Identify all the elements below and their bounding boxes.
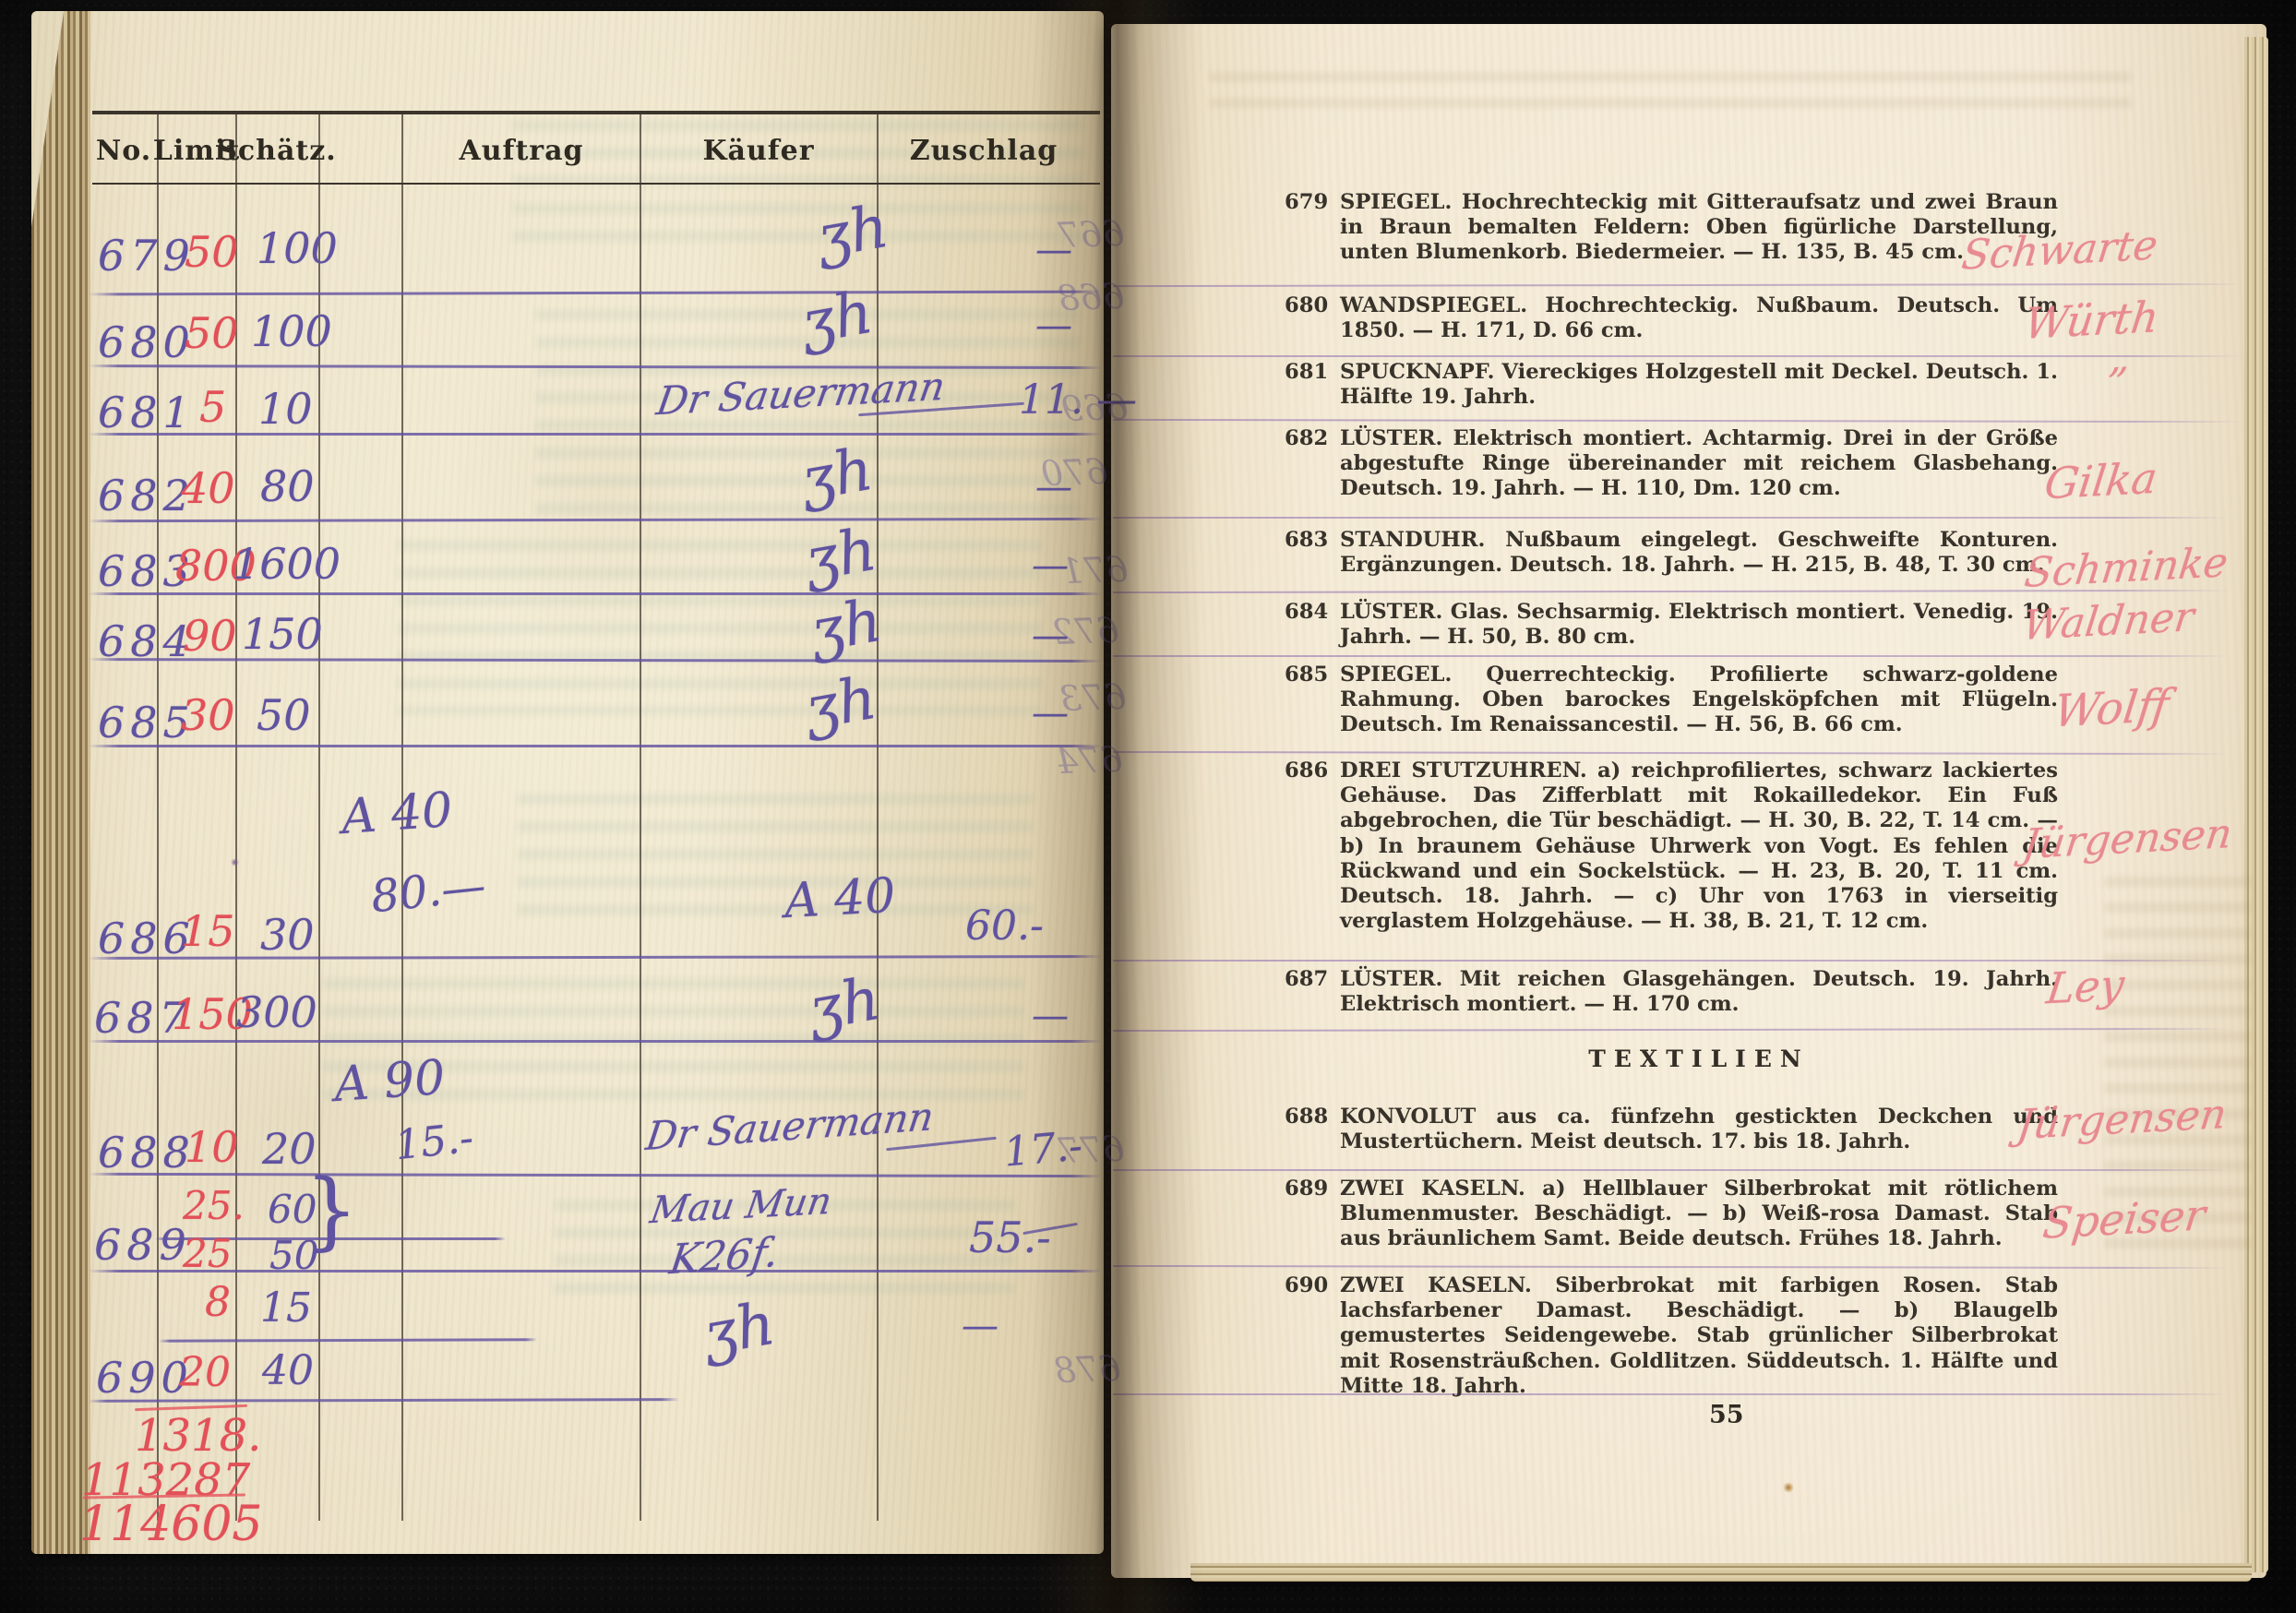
lot-number: 679 xyxy=(98,231,196,281)
catalog-entry: LÜSTER. Glas. Sechsarmig. Elektrisch mon… xyxy=(1340,600,2058,650)
limit-value: 10 xyxy=(185,1122,239,1172)
buyer-mark: ʒh xyxy=(795,436,878,515)
entry-number: 687 xyxy=(1285,967,1328,991)
lot-number: 680 xyxy=(98,317,196,367)
buyer-mark: ʒh xyxy=(811,193,893,272)
bleedthrough-text xyxy=(517,794,1034,923)
book-gutter-shadow xyxy=(1032,0,1203,1613)
limit-value: 30 xyxy=(181,690,235,740)
buyer-mark: ʒh xyxy=(803,965,885,1045)
auction-ledger-book-spread: No. Limit Schätz. Auftrag Käufer Zuschla… xyxy=(0,0,2296,1613)
paper-stain xyxy=(1783,1482,1794,1493)
row-underline xyxy=(89,745,1102,747)
bid-note: A 90 xyxy=(332,1050,447,1113)
entry-separator xyxy=(1113,517,2230,519)
catalog-entry: SPUCKNAPF. Viereckiges Holzgestell mit D… xyxy=(1340,360,2058,410)
estimate-value: 300 xyxy=(236,987,317,1037)
paper-stain xyxy=(231,858,239,866)
column-header-auftrag: Auftrag xyxy=(459,135,583,167)
estimate-value: 100 xyxy=(257,223,338,273)
limit-value: 25 xyxy=(183,1231,232,1276)
estimate-value: 40 xyxy=(262,1347,314,1394)
lot-number: 681 xyxy=(98,388,196,437)
page-edge-stack-right xyxy=(2244,37,2268,1572)
buyer-mark: ʒh xyxy=(799,516,881,595)
buyer-mark: ʒh xyxy=(795,279,878,358)
page-edge-stack-left xyxy=(31,11,90,1554)
bid-note: 15.- xyxy=(393,1115,476,1170)
entry-number: 685 xyxy=(1285,663,1328,687)
page-edge-stack-bottom xyxy=(1190,1563,2252,1582)
buyer-bid-note: A 40 xyxy=(783,868,897,929)
lot-number: 684 xyxy=(98,616,196,666)
catalog-entry: ZWEI KASELN. Siberbrokat mit farbigen Ro… xyxy=(1340,1273,2058,1399)
margin-buyer-name: Würth xyxy=(2022,292,2162,349)
estimate-value: 80 xyxy=(260,461,315,511)
estimate-value: 150 xyxy=(242,609,323,659)
limit-value: 40 xyxy=(181,463,235,513)
limit-value: 50 xyxy=(185,227,239,277)
bleedthrough-text xyxy=(1209,72,2132,114)
column-header-kaeufer: Käufer xyxy=(702,135,814,167)
lot-number: 689 xyxy=(94,1220,192,1270)
row-underline xyxy=(89,1040,1102,1043)
limit-value: 90 xyxy=(183,611,237,661)
entry-separator xyxy=(1113,960,2230,962)
bid-note: A 40 xyxy=(340,783,454,845)
table-header-rule xyxy=(92,183,1100,185)
entry-number: 683 xyxy=(1285,528,1328,552)
entry-number: 680 xyxy=(1285,293,1328,317)
estimate-value: 1600 xyxy=(233,539,341,589)
limit-value: 20 xyxy=(179,1349,231,1396)
estimate-value: 100 xyxy=(251,306,332,356)
entry-number: 684 xyxy=(1285,600,1328,624)
catalog-entry: ZWEI KASELN. a) Hellblauer Silberbrokat … xyxy=(1340,1177,2058,1252)
entry-number: 689 xyxy=(1285,1177,1328,1201)
entry-number: 679 xyxy=(1285,190,1328,214)
catalog-entry: WANDSPIEGEL. Hochrechteckig. Nußbaum. De… xyxy=(1340,293,2058,343)
catalog-entry: SPIEGEL. Querrechteckig. Profilierte sch… xyxy=(1340,663,2058,738)
limit-value: 50 xyxy=(185,308,239,358)
section-heading-textilien: TEXTILIEN xyxy=(1340,1045,2058,1072)
grand-sum: 114605 xyxy=(79,1497,263,1552)
margin-buyer-name: Ley xyxy=(2044,960,2127,1014)
margin-buyer-name: Speiser xyxy=(2040,1189,2208,1249)
buyer-signature: K26f. xyxy=(667,1229,783,1284)
row-underline xyxy=(89,592,1102,595)
row-underline xyxy=(89,1270,1102,1272)
entry-number: 686 xyxy=(1285,759,1328,783)
margin-buyer-name: Gilka xyxy=(2042,453,2160,509)
entry-separator xyxy=(1113,355,2242,357)
buyer-mark: ʒh xyxy=(799,664,881,744)
row-underline xyxy=(89,433,1102,436)
catalog-entry: DREI STUTZUHREN. a) reichprofiliertes, s… xyxy=(1340,759,2058,934)
entry-separator xyxy=(1113,655,2230,657)
entry-number: 690 xyxy=(1285,1273,1328,1297)
limit-value: 15 xyxy=(181,906,235,956)
catalog-entry: LÜSTER. Elektrisch montiert. Achtarmig. … xyxy=(1340,426,2058,502)
entry-separator xyxy=(1113,1169,2230,1171)
catalog-entry: KONVOLUT aus ca. fünfzehn gestickten Dec… xyxy=(1340,1105,2058,1154)
estimate-value: 50 xyxy=(257,690,311,740)
entry-number: 681 xyxy=(1285,360,1328,384)
column-header-schaetz: Schätz. xyxy=(217,135,337,167)
buyer-mark: ʒh xyxy=(698,1290,780,1369)
margin-buyer-name: Waldner xyxy=(2020,593,2196,650)
column-header-no: No. xyxy=(96,135,151,167)
limit-value: 8 xyxy=(205,1279,231,1326)
page-number: 55 xyxy=(1709,1401,1744,1429)
catalog-entry: STANDUHR. Nußbaum eingelegt. Geschweifte… xyxy=(1340,528,2058,578)
estimate-value: 30 xyxy=(260,910,315,960)
lot-number: 688 xyxy=(98,1128,196,1177)
limit-value: 25. xyxy=(183,1183,245,1228)
entry-number: 688 xyxy=(1285,1105,1328,1129)
buyer-mark: ʒh xyxy=(805,587,887,666)
entry-number: 682 xyxy=(1285,426,1328,450)
estimate-value: 50 xyxy=(269,1233,318,1278)
bleedthrough-text xyxy=(397,540,1043,715)
column-line xyxy=(640,114,641,1521)
margin-buyer-name: Wolff xyxy=(2051,680,2172,738)
catalog-entry: LÜSTER. Mit reichen Glasgehängen. Deutsc… xyxy=(1340,967,2058,1017)
table-top-rule xyxy=(92,111,1100,114)
hammer-dash: — xyxy=(962,1305,999,1347)
catalog-entry: SPIEGEL. Hochrechteckig mit Gitteraufsat… xyxy=(1340,190,2058,266)
estimate-value: 10 xyxy=(258,384,313,434)
column-line xyxy=(877,114,879,1521)
estimate-value: 15 xyxy=(260,1284,312,1332)
limit-value: 5 xyxy=(199,382,226,432)
